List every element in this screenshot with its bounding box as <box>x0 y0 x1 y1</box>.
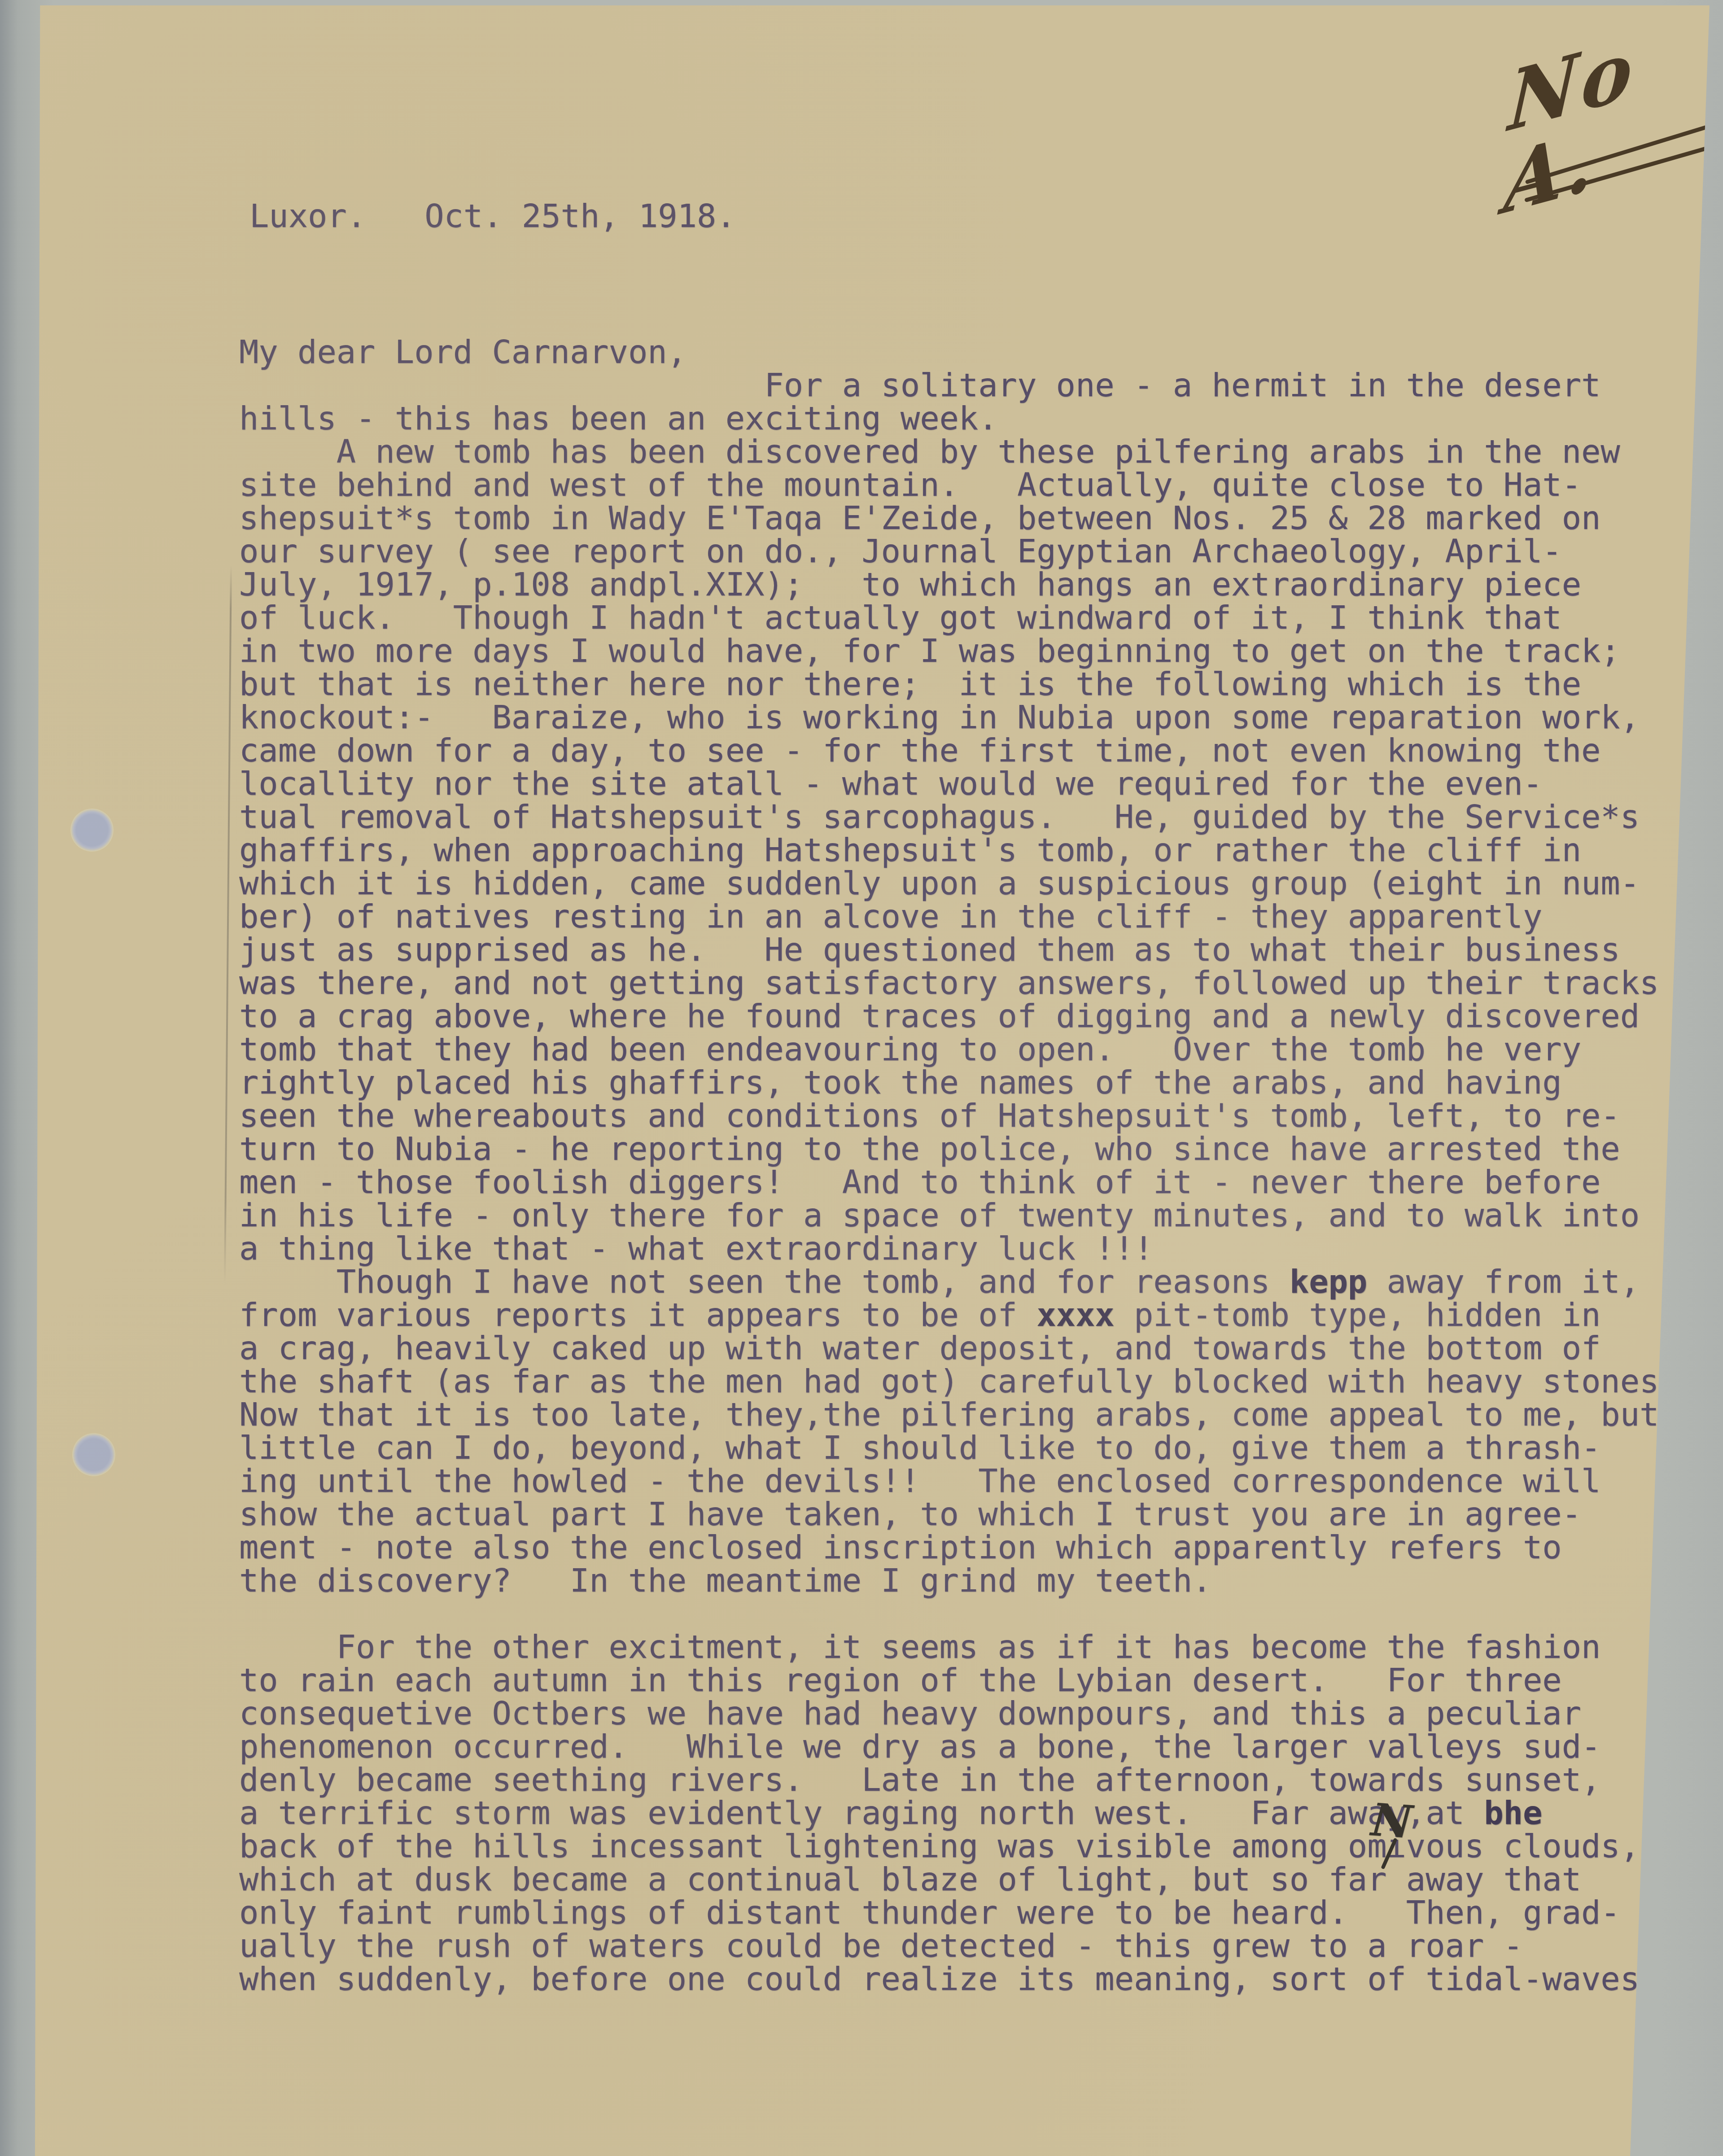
letter-line: knockout:- Baraize, who is working in Nu… <box>239 700 1679 734</box>
letter-line: ghaffirs, when approaching Hatshepsuit's… <box>239 833 1679 866</box>
letter-line: Now that it is too late, they,the pilfer… <box>239 1398 1679 1431</box>
handwritten-insert-n: N <box>1370 1797 1414 1845</box>
scanned-letter-page: No A. Luxor. Oct. 25th, 1918. My dear Lo… <box>0 0 1723 2156</box>
letter-body: My dear Lord Carnarvon, For a solitary o… <box>239 335 1679 1995</box>
letter-line: only faint rumblings of distant thunder … <box>239 1896 1679 1929</box>
letter-line: phenomenon occurred. While we dry as a b… <box>239 1730 1679 1763</box>
handwritten-annotation: No A. <box>1487 7 1723 249</box>
letter-line: July, 1917, p.108 andpl.XIX); to which h… <box>239 568 1679 601</box>
letter-line: ing until the howled - the devils!! The … <box>239 1464 1679 1497</box>
letter-line: ment - note also the enclosed inscriptio… <box>239 1531 1679 1564</box>
letter-line: but that is neither here nor there; it i… <box>239 667 1679 700</box>
letter-line: back of the hills incessant lightening w… <box>239 1829 1679 1863</box>
letter-line: tomb that they had been endeavouring to … <box>239 1032 1679 1066</box>
punch-hole-bottom <box>72 1433 115 1476</box>
letter-line: when suddenly, before one could realize … <box>239 1962 1679 1995</box>
letter-line: hills - this has been an exciting week. <box>239 402 1679 435</box>
letter-line: to a crag above, where he found traces o… <box>239 999 1679 1032</box>
letter-line: My dear Lord Carnarvon, <box>239 335 1679 368</box>
annotation-text: No A. <box>1502 0 1723 226</box>
dateline: Luxor. Oct. 25th, 1918. <box>249 199 736 232</box>
letter-line: shepsuit*s tomb in Wady E'Taqa E'Zeide, … <box>239 501 1679 534</box>
margin-pencil-line <box>224 565 232 1283</box>
letter-line: ber) of natives resting in an alcove in … <box>239 900 1679 933</box>
letter-line: men - those foolish diggers! And to thin… <box>239 1165 1679 1198</box>
letter-line: rightly placed his ghaffirs, took the na… <box>239 1066 1679 1099</box>
letter-line: tual removal of Hatshepsuit's sarcophagu… <box>239 800 1679 833</box>
letter-line <box>239 1597 1679 1630</box>
letter-paper: No A. Luxor. Oct. 25th, 1918. My dear Lo… <box>35 5 1723 2156</box>
letter-line: locallity nor the site atall - what woul… <box>239 767 1679 800</box>
letter-line: the shaft (as far as the men had got) ca… <box>239 1364 1679 1398</box>
letter-line: which at dusk became a continual blaze o… <box>239 1863 1679 1896</box>
letter-line: Though I have not seen the tomb, and for… <box>239 1265 1679 1298</box>
letter-line: A new tomb has been discovered by these … <box>239 435 1679 468</box>
letter-line: in his life - only there for a space of … <box>239 1198 1679 1232</box>
letter-line: ually the rush of waters could be detect… <box>239 1929 1679 1962</box>
letter-line: just as supprised as he. He questioned t… <box>239 933 1679 966</box>
letter-line: For a solitary one - a hermit in the des… <box>239 368 1679 402</box>
letter-line: seen the whereabouts and conditions of H… <box>239 1099 1679 1132</box>
letter-line: came down for a day, to see - for the fi… <box>239 734 1679 767</box>
letter-line: which it is hidden, came suddenly upon a… <box>239 866 1679 900</box>
letter-line: was there, and not getting satisfactory … <box>239 966 1679 999</box>
letter-line: turn to Nubia - he reporting to the poli… <box>239 1132 1679 1165</box>
letter-line: denly became seething rivers. Late in th… <box>239 1763 1679 1796</box>
letter-line: little can I do, beyond, what I should l… <box>239 1431 1679 1464</box>
punch-hole-top <box>70 809 114 852</box>
letter-line: our survey ( see report on do., Journal … <box>239 534 1679 568</box>
letter-line: in two more days I would have, for I was… <box>239 634 1679 667</box>
letter-line: to rain each autumn in this region of th… <box>239 1663 1679 1697</box>
letter-line: site behind and west of the mountain. Ac… <box>239 468 1679 501</box>
letter-line: For the other excitment, it seems as if … <box>239 1630 1679 1663</box>
letter-line: show the actual part I have taken, to wh… <box>239 1497 1679 1531</box>
letter-line: a crag, heavily caked up with water depo… <box>239 1331 1679 1364</box>
letter-line: consequetive Octbers we have had heavy d… <box>239 1697 1679 1730</box>
letter-line: a thing like that - what extraordinary l… <box>239 1232 1679 1265</box>
letter-line: the discovery? In the meantime I grind m… <box>239 1564 1679 1597</box>
letter-line: of luck. Though I hadn't actually got wi… <box>239 601 1679 634</box>
letter-line: from various reports it appears to be of… <box>239 1298 1679 1331</box>
letter-line: a terrific storm was evidently raging no… <box>239 1796 1679 1829</box>
